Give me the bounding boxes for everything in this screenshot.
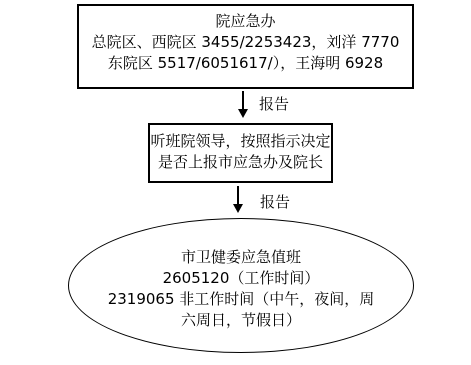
hospital-emergency-office-box: 院应急办 总院区、西院区 3455/2253423，刘洋 7770 东院区 55… — [77, 4, 414, 89]
top-box-title: 院应急办 — [79, 11, 412, 32]
middle-box-line-2: 是否上报市应急办及院长 — [150, 152, 331, 173]
top-box-line-3: 东院区 5517/6051617/），王海明 6928 — [79, 53, 412, 74]
ellipse-line-4: 六周日，节假日） — [69, 310, 413, 331]
report-label-1: 报告 — [259, 96, 289, 112]
health-commission-duty-ellipse: 市卫健委应急值班 2605120（工作时间） 2319065 非工作时间（中午，… — [68, 218, 414, 353]
duty-leader-decision-box: 听班院领导，按照指示决定 是否上报市应急办及院长 — [148, 123, 333, 183]
report-label-2: 报告 — [260, 194, 290, 210]
ellipse-line-3: 2319065 非工作时间（中午，夜间，周 — [69, 289, 413, 310]
middle-box-line-1: 听班院领导，按照指示决定 — [150, 131, 331, 152]
arrow-head-icon — [238, 109, 248, 118]
ellipse-line-2: 2605120（工作时间） — [69, 268, 413, 289]
arrow-shaft — [242, 91, 244, 110]
top-box-line-2: 总院区、西院区 3455/2253423，刘洋 7770 — [79, 32, 412, 53]
arrow-shaft — [237, 186, 239, 205]
flowchart-canvas: 院应急办 总院区、西院区 3455/2253423，刘洋 7770 东院区 55… — [0, 0, 471, 365]
ellipse-title: 市卫健委应急值班 — [69, 247, 413, 268]
arrow-head-icon — [233, 204, 243, 213]
